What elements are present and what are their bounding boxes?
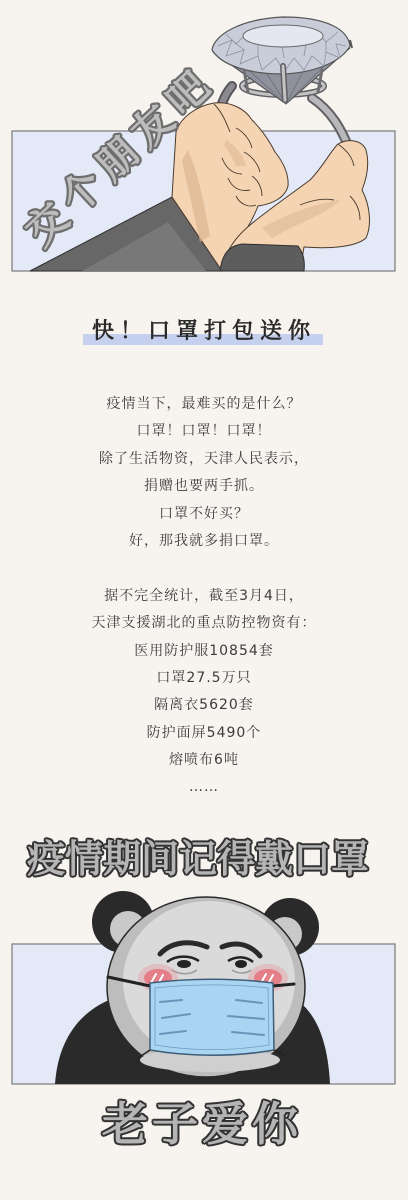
right-sleeve — [220, 244, 304, 271]
text-line: 疫情当下，最难买的是什么？ — [0, 391, 408, 418]
text-line: 熔喷布6吨 — [0, 747, 408, 774]
hero-illustration: 交个朋友吧 — [0, 0, 408, 280]
paragraph-2: 据不完全统计，截至3月4日， 天津支援湖北的重点防控物资有： 医用防护服1085… — [0, 583, 408, 802]
paragraph-spacer — [0, 555, 408, 582]
section-title: 快！口罩打包送你 — [83, 318, 323, 348]
text-line: 据不完全统计，截至3月4日， — [0, 583, 408, 610]
text-line: 口罩！口罩！口罩！ — [0, 418, 408, 445]
panda-illustration — [0, 880, 408, 1090]
text-line: 防护面屏5490个 — [0, 720, 408, 747]
panda-top-caption: 疫情期间记得戴口罩 — [27, 840, 369, 878]
paragraph-1: 疫情当下，最难买的是什么？ 口罩！口罩！口罩！ 除了生活物资，天津人民表示， 捐… — [0, 391, 408, 555]
text-line: 口罩不好买？ — [0, 501, 408, 528]
section-title-text: 快！口罩打包送你 — [92, 320, 316, 344]
text-line: 医用防护服10854套 — [0, 638, 408, 665]
article-body: 疫情当下，最难买的是什么？ 口罩！口罩！口罩！ 除了生活物资，天津人民表示， 捐… — [0, 391, 408, 802]
text-line-ellipsis: …… — [0, 774, 408, 801]
text-line: 除了生活物资，天津人民表示， — [0, 446, 408, 473]
text-line: 口罩27.5万只 — [0, 665, 408, 692]
text-line: 天津支援湖北的重点防控物资有： — [0, 610, 408, 637]
text-line: 捐赠也要两手抓。 — [0, 473, 408, 500]
panda-bottom-caption: 老子爱你 — [102, 1101, 302, 1147]
text-line: 好，那我就多捐口罩。 — [0, 528, 408, 555]
text-line: 隔离衣5620套 — [0, 692, 408, 719]
